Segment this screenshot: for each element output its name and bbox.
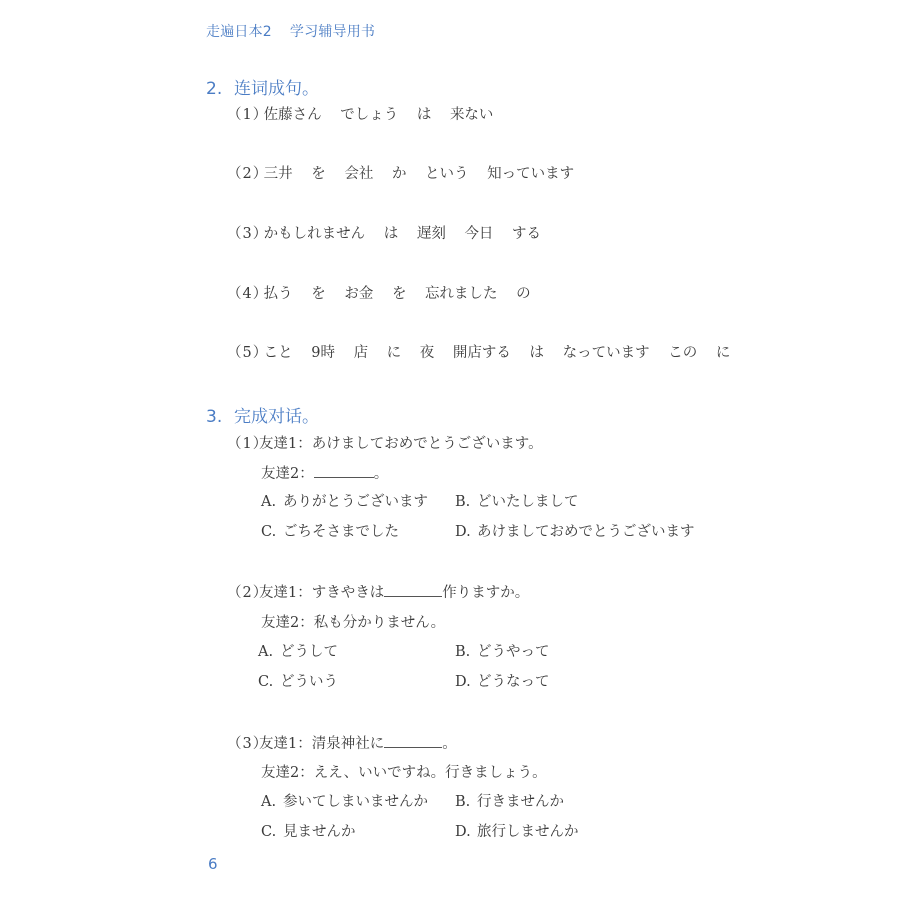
word-token: でしょう xyxy=(340,107,398,123)
option-letter: C. xyxy=(261,524,283,540)
dialogue-3-line-1: （3）友達1：清泉神社に。 xyxy=(227,732,457,753)
word-token: に xyxy=(716,345,731,361)
option-text: ありがとうございます xyxy=(283,494,428,510)
item-number: （5） xyxy=(227,341,259,362)
option-c: C.ごちそさまでした xyxy=(261,520,399,541)
dialogue-2-line-2: 友達2：私も分かりません。 xyxy=(261,611,445,632)
dialogue-1-line-2: 友達2：。 xyxy=(261,462,388,483)
option-letter: C. xyxy=(258,674,280,690)
answer-blank xyxy=(314,465,374,478)
sentence-item-1: （1） 佐藤さん でしょう は 来ない xyxy=(227,103,493,124)
option-letter: D. xyxy=(455,674,477,690)
option-c: C.見ませんか xyxy=(261,820,356,841)
section-number: 3. xyxy=(206,407,234,427)
word-token: 会社 xyxy=(344,166,373,182)
option-text: 見ませんか xyxy=(283,824,356,840)
option-letter: B. xyxy=(455,644,477,660)
word-token: か xyxy=(392,166,407,182)
speaker-label: 友達2： xyxy=(261,466,314,482)
option-letter: A. xyxy=(261,794,283,810)
option-text: どうやって xyxy=(477,644,550,660)
dialogue-1-line-1: （1）友達1：あけましておめでとうございます。 xyxy=(227,432,543,453)
utterance-end: 。 xyxy=(374,466,389,482)
option-d: D.旅行しませんか xyxy=(455,820,579,841)
word-token: 払う xyxy=(264,286,293,302)
book-title: 走遍日本2 xyxy=(206,24,272,40)
word-token: を xyxy=(311,166,326,182)
sentence-item-3: （3） かもしれません は 遅刻 今日 する xyxy=(227,222,541,243)
utterance: 私も分かりません。 xyxy=(314,615,445,631)
sentence-item-2: （2） 三井 を 会社 か という 知っています xyxy=(227,162,574,183)
option-b: B.どうやって xyxy=(455,640,550,661)
option-a: A.ありがとうございます xyxy=(261,490,428,511)
item-number: （2） xyxy=(227,162,259,183)
utterance: 清泉神社に xyxy=(312,736,385,752)
option-text: 行きませんか xyxy=(477,794,564,810)
option-letter: B. xyxy=(455,794,477,810)
section-3-title: 3.完成对话。 xyxy=(206,402,319,427)
option-text: ごちそさまでした xyxy=(283,524,399,540)
word-token: の xyxy=(516,286,531,302)
option-text: 参いてしまいませんか xyxy=(283,794,428,810)
word-token: なっています xyxy=(563,345,650,361)
option-text: あけましておめでとうございます xyxy=(477,524,695,540)
option-text: どういう xyxy=(280,674,338,690)
option-a: A.参いてしまいませんか xyxy=(261,790,428,811)
word-token: 忘れました xyxy=(425,286,498,302)
section-heading: 连词成句。 xyxy=(234,79,319,99)
speaker-label: 友達1： xyxy=(259,436,312,452)
option-d: D.あけましておめでとうございます xyxy=(455,520,695,541)
word-token: する xyxy=(512,226,541,242)
word-token: 知っています xyxy=(487,166,574,182)
word-token: 遅刻 xyxy=(417,226,446,242)
option-b: B.どいたしまして xyxy=(455,490,579,511)
option-text: どうして xyxy=(280,644,338,660)
word-token: を xyxy=(392,286,407,302)
utterance: あけましておめでとうございます。 xyxy=(312,436,543,452)
running-header: 走遍日本2学习辅导用书 xyxy=(206,21,375,41)
sentence-item-5: （5） こと 9時 店 に 夜 開店する は なっています この に xyxy=(227,341,730,362)
answer-blank xyxy=(384,584,442,597)
word-token: は xyxy=(530,345,545,361)
utterance: ええ、いいですね。行きましょう。 xyxy=(314,765,547,781)
option-letter: C. xyxy=(261,824,283,840)
word-token: を xyxy=(311,286,326,302)
item-number: （2） xyxy=(227,581,259,602)
speaker-label: 友達2： xyxy=(261,615,314,631)
utterance-end: 作りますか。 xyxy=(442,585,529,601)
word-token: 9時 xyxy=(311,345,335,361)
option-c: C.どういう xyxy=(258,670,338,691)
dialogue-3-line-2: 友達2：ええ、いいですね。行きましょう。 xyxy=(261,761,547,782)
section-2-title: 2.连词成句。 xyxy=(206,74,319,99)
word-token: こと xyxy=(264,345,293,361)
word-token: 今日 xyxy=(464,226,493,242)
speaker-label: 友達1： xyxy=(259,736,312,752)
section-number: 2. xyxy=(206,79,234,99)
option-letter: D. xyxy=(455,824,477,840)
option-b: B.行きませんか xyxy=(455,790,564,811)
item-number: （1） xyxy=(227,103,259,124)
page-number: 6 xyxy=(208,855,218,873)
dialogue-2-line-1: （2）友達1：すきやきは作りますか。 xyxy=(227,581,529,602)
utterance: すきやきは xyxy=(312,585,385,601)
section-heading: 完成对话。 xyxy=(234,407,319,427)
item-number: （4） xyxy=(227,282,259,303)
textbook-page: 走遍日本2学习辅导用书 2.连词成句。 （1） 佐藤さん でしょう は 来ない … xyxy=(0,0,900,900)
word-token: 店 xyxy=(354,345,369,361)
option-letter: D. xyxy=(455,524,477,540)
utterance-end: 。 xyxy=(442,736,457,752)
word-token: かもしれません xyxy=(264,226,366,242)
word-token: という xyxy=(425,166,469,182)
word-token: 来ない xyxy=(450,107,494,123)
item-number: （1） xyxy=(227,432,259,453)
word-token: 佐藤さん xyxy=(264,107,322,123)
word-token: 開店する xyxy=(453,345,511,361)
word-token: この xyxy=(668,345,697,361)
answer-blank xyxy=(384,735,442,748)
option-text: どいたしまして xyxy=(477,494,579,510)
word-token: は xyxy=(384,226,399,242)
speaker-label: 友達1： xyxy=(259,585,312,601)
item-number: （3） xyxy=(227,732,259,753)
book-subtitle: 学习辅导用书 xyxy=(290,24,375,40)
word-token: に xyxy=(387,345,402,361)
word-token: は xyxy=(417,107,432,123)
option-letter: B. xyxy=(455,494,477,510)
option-letter: A. xyxy=(261,494,283,510)
option-letter: A. xyxy=(258,644,280,660)
word-token: お金 xyxy=(344,286,373,302)
sentence-item-4: （4） 払う を お金 を 忘れました の xyxy=(227,282,531,303)
word-token: 三井 xyxy=(264,166,293,182)
option-d: D.どうなって xyxy=(455,670,550,691)
item-number: （3） xyxy=(227,222,259,243)
option-text: どうなって xyxy=(477,674,550,690)
option-text: 旅行しませんか xyxy=(477,824,579,840)
option-a: A.どうして xyxy=(258,640,338,661)
speaker-label: 友達2： xyxy=(261,765,314,781)
word-token: 夜 xyxy=(420,345,435,361)
